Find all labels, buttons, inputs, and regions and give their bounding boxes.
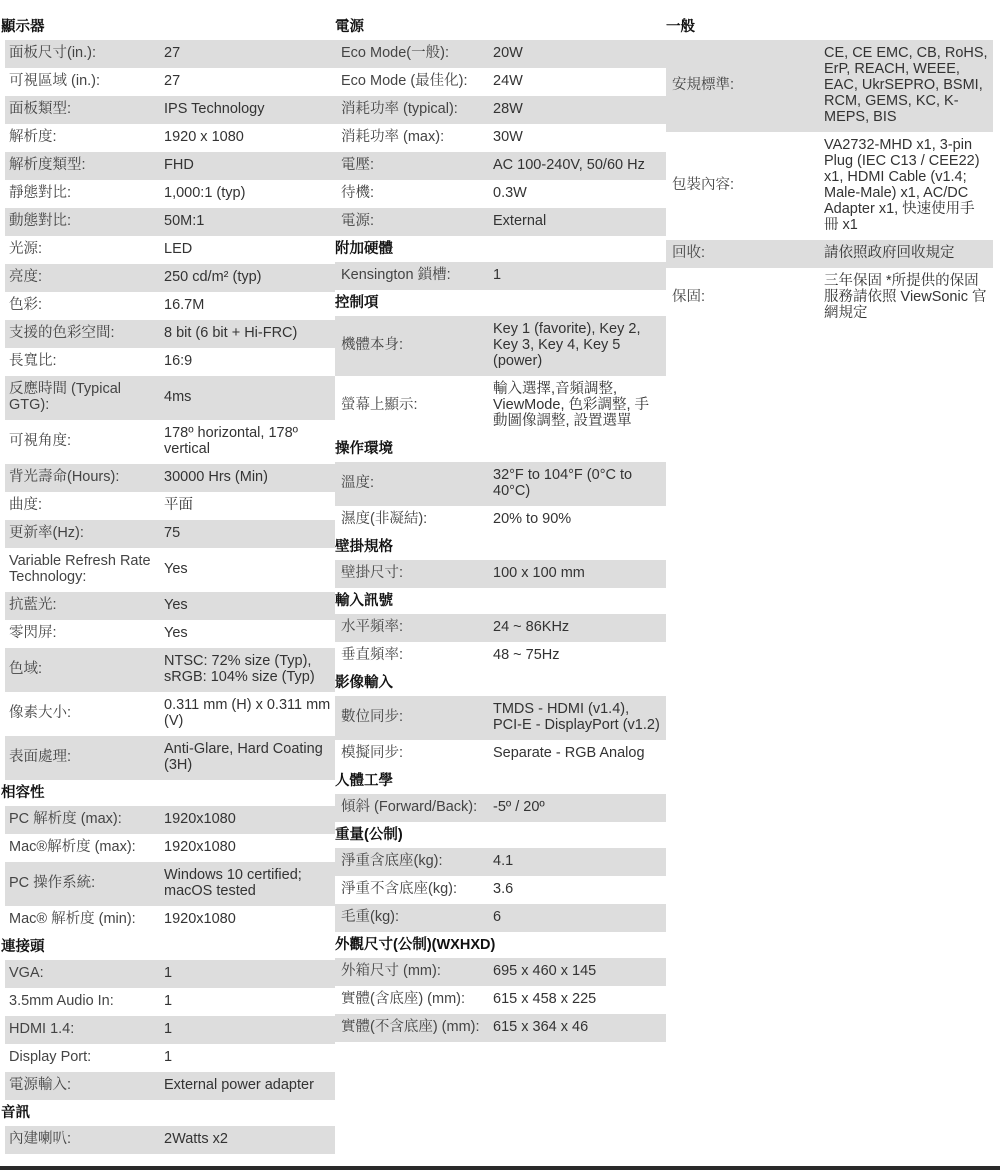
spec-label: 可視區域 (in.): xyxy=(5,68,160,96)
spec-label: Eco Mode (最佳化): xyxy=(335,68,489,96)
spec-label: 消耗功率 (max): xyxy=(335,124,489,152)
spec-label: 面板尺寸(in.): xyxy=(5,40,160,68)
spec-value: 8 bit (6 bit + Hi-FRC) xyxy=(160,320,335,348)
spec-value: 16.7M xyxy=(160,292,335,320)
spec-label: 電壓: xyxy=(335,152,489,180)
section-title-ergonomics: 人體工學 xyxy=(335,768,666,794)
spec-row: 外箱尺寸 (mm):695 x 460 x 145 xyxy=(335,958,666,986)
section-title-input-signal: 輸入訊號 xyxy=(335,588,666,614)
spec-row: 亮度:250 cd/m² (typ) xyxy=(5,264,335,292)
spec-table-ergonomics: 傾斜 (Forward/Back):-5º / 20º xyxy=(335,794,666,822)
spec-label: 抗藍光: xyxy=(5,592,160,620)
spec-label: 包裝內容: xyxy=(666,132,820,240)
spec-label: 曲度: xyxy=(5,492,160,520)
spec-row: VGA:1 xyxy=(5,960,335,988)
spec-row: HDMI 1.4:1 xyxy=(5,1016,335,1044)
spec-row: 淨重含底座(kg):4.1 xyxy=(335,848,666,876)
spec-label: Display Port: xyxy=(5,1044,160,1072)
spec-label: 毛重(kg): xyxy=(335,904,489,932)
spec-value: 615 x 364 x 46 xyxy=(489,1014,666,1042)
spec-value: CE, CE EMC, CB, RoHS, ErP, REACH, WEEE, … xyxy=(820,40,993,132)
spec-label: 安規標準: xyxy=(666,40,820,132)
spec-value: 100 x 100 mm xyxy=(489,560,666,588)
spec-table-controls: 機體本身:Key 1 (favorite), Key 2, Key 3, Key… xyxy=(335,316,666,436)
spec-row: 光源:LED xyxy=(5,236,335,264)
spec-label: 亮度: xyxy=(5,264,160,292)
spec-value: 27 xyxy=(160,68,335,96)
spec-label: 色彩: xyxy=(5,292,160,320)
spec-value: 1920x1080 xyxy=(160,806,335,834)
spec-value: 1 xyxy=(160,1016,335,1044)
section-title-power: 電源 xyxy=(335,14,666,40)
spec-label: 長寬比: xyxy=(5,348,160,376)
spec-table-compatibility: PC 解析度 (max):1920x1080 Mac®解析度 (max):192… xyxy=(5,806,335,934)
spec-row: 實體(含底座) (mm):615 x 458 x 225 xyxy=(335,986,666,1014)
spec-value: -5º / 20º xyxy=(489,794,666,822)
spec-label: 更新率(Hz): xyxy=(5,520,160,548)
spec-value: 4ms xyxy=(160,376,335,420)
spec-label: 機體本身: xyxy=(335,316,489,376)
spec-row: 面板尺寸(in.):27 xyxy=(5,40,335,68)
spec-value: 1 xyxy=(160,1044,335,1072)
section-title-dimensions: 外觀尺寸(公制)(WXHXD) xyxy=(335,932,666,958)
spec-row: 傾斜 (Forward/Back):-5º / 20º xyxy=(335,794,666,822)
spec-value: 27 xyxy=(160,40,335,68)
spec-value: 178º horizontal, 178º vertical xyxy=(160,420,335,464)
spec-label: 表面處理: xyxy=(5,736,160,780)
spec-value: 75 xyxy=(160,520,335,548)
spec-label: 保固: xyxy=(666,268,820,328)
spec-value: 3.6 xyxy=(489,876,666,904)
spec-value: 三年保固 *所提供的保固服務請依照 ViewSonic 官網規定 xyxy=(820,268,993,328)
spec-label: 消耗功率 (typical): xyxy=(335,96,489,124)
spec-table-operating-conditions: 溫度:32°F to 104°F (0°C to 40°C) 濕度(非凝結):2… xyxy=(335,462,666,534)
spec-value: 615 x 458 x 225 xyxy=(489,986,666,1014)
spec-table-display: 面板尺寸(in.):27 可視區域 (in.):27 面板類型:IPS Tech… xyxy=(5,40,335,780)
spec-label: PC 解析度 (max): xyxy=(5,806,160,834)
section-title-compatibility: 相容性 xyxy=(1,780,335,806)
spec-row: PC 解析度 (max):1920x1080 xyxy=(5,806,335,834)
spec-value: 6 xyxy=(489,904,666,932)
spec-label: 實體(含底座) (mm): xyxy=(335,986,489,1014)
spec-row: 模擬同步:Separate - RGB Analog xyxy=(335,740,666,768)
spec-row: 內建喇叭:2Watts x2 xyxy=(5,1126,335,1154)
bottom-divider-bar xyxy=(0,1166,1000,1170)
spec-label: 靜態對比: xyxy=(5,180,160,208)
spec-label: 傾斜 (Forward/Back): xyxy=(335,794,489,822)
spec-row: Mac® 解析度 (min):1920x1080 xyxy=(5,906,335,934)
spec-label: 實體(不含底座) (mm): xyxy=(335,1014,489,1042)
spec-table-video-input: 數位同步:TMDS - HDMI (v1.4), PCI-E - Display… xyxy=(335,696,666,768)
section-title-operating-conditions: 操作環境 xyxy=(335,436,666,462)
spec-value: 0.3W xyxy=(489,180,666,208)
spec-value: External power adapter xyxy=(160,1072,335,1100)
spec-row: Eco Mode(一般):20W xyxy=(335,40,666,68)
spec-label: 解析度類型: xyxy=(5,152,160,180)
spec-column-left: 顯示器 面板尺寸(in.):27 可視區域 (in.):27 面板類型:IPS … xyxy=(5,14,335,1154)
spec-value: 2Watts x2 xyxy=(160,1126,335,1154)
spec-value: 24W xyxy=(489,68,666,96)
spec-table-wall-mount: 壁掛尺寸:100 x 100 mm xyxy=(335,560,666,588)
spec-row: 色域:NTSC: 72% size (Typ), sRGB: 104% size… xyxy=(5,648,335,692)
spec-value: Anti-Glare, Hard Coating (3H) xyxy=(160,736,335,780)
spec-value: 輸入選擇,音頻調整, ViewMode, 色彩調整, 手動圖像調整, 設置選單 xyxy=(489,376,666,436)
spec-row: 毛重(kg):6 xyxy=(335,904,666,932)
spec-row: 回收:請依照政府回收規定 xyxy=(666,240,993,268)
spec-value: 1 xyxy=(160,960,335,988)
spec-label: 淨重不含底座(kg): xyxy=(335,876,489,904)
spec-value: 16:9 xyxy=(160,348,335,376)
spec-label: 回收: xyxy=(666,240,820,268)
spec-label: 反應時間 (Typical GTG): xyxy=(5,376,160,420)
spec-value: AC 100-240V, 50/60 Hz xyxy=(489,152,666,180)
spec-label: VGA: xyxy=(5,960,160,988)
spec-table-additional-hardware: Kensington 鎖槽:1 xyxy=(335,262,666,290)
spec-value: 30W xyxy=(489,124,666,152)
section-title-controls: 控制項 xyxy=(335,290,666,316)
spec-row: 抗藍光:Yes xyxy=(5,592,335,620)
spec-table-weight: 淨重含底座(kg):4.1 淨重不含底座(kg):3.6 毛重(kg):6 xyxy=(335,848,666,932)
spec-label: 零閃屏: xyxy=(5,620,160,648)
spec-row: 保固:三年保固 *所提供的保固服務請依照 ViewSonic 官網規定 xyxy=(666,268,993,328)
spec-label: 淨重含底座(kg): xyxy=(335,848,489,876)
spec-row: 靜態對比:1,000:1 (typ) xyxy=(5,180,335,208)
spec-row: 消耗功率 (typical):28W xyxy=(335,96,666,124)
spec-label: 面板類型: xyxy=(5,96,160,124)
section-title-display: 顯示器 xyxy=(1,14,335,40)
spec-row: 溫度:32°F to 104°F (0°C to 40°C) xyxy=(335,462,666,506)
spec-value: 48 ~ 75Hz xyxy=(489,642,666,670)
spec-value: 695 x 460 x 145 xyxy=(489,958,666,986)
spec-label: 背光壽命(Hours): xyxy=(5,464,160,492)
spec-table-dimensions: 外箱尺寸 (mm):695 x 460 x 145 實體(含底座) (mm):6… xyxy=(335,958,666,1042)
spec-row: 可視區域 (in.):27 xyxy=(5,68,335,96)
spec-row: 實體(不含底座) (mm):615 x 364 x 46 xyxy=(335,1014,666,1042)
spec-table-general: 安規標準:CE, CE EMC, CB, RoHS, ErP, REACH, W… xyxy=(666,40,993,328)
spec-label: 內建喇叭: xyxy=(5,1126,160,1154)
spec-label: 色域: xyxy=(5,648,160,692)
spec-label: 電源: xyxy=(335,208,489,236)
spec-label: 溫度: xyxy=(335,462,489,506)
spec-row: 淨重不含底座(kg):3.6 xyxy=(335,876,666,904)
spec-label: Eco Mode(一般): xyxy=(335,40,489,68)
spec-value: Yes xyxy=(160,548,335,592)
spec-row: 零閃屏:Yes xyxy=(5,620,335,648)
spec-label: HDMI 1.4: xyxy=(5,1016,160,1044)
spec-value: External xyxy=(489,208,666,236)
spec-row: 包裝內容:VA2732-MHD x1, 3-pin Plug (IEC C13 … xyxy=(666,132,993,240)
spec-label: 解析度: xyxy=(5,124,160,152)
spec-row: 數位同步:TMDS - HDMI (v1.4), PCI-E - Display… xyxy=(335,696,666,740)
spec-label: Kensington 鎖槽: xyxy=(335,262,489,290)
spec-label: 壁掛尺寸: xyxy=(335,560,489,588)
spec-row: 表面處理:Anti-Glare, Hard Coating (3H) xyxy=(5,736,335,780)
spec-value: Yes xyxy=(160,592,335,620)
spec-label: 外箱尺寸 (mm): xyxy=(335,958,489,986)
spec-label: 濕度(非凝結): xyxy=(335,506,489,534)
spec-label: 動態對比: xyxy=(5,208,160,236)
spec-value: TMDS - HDMI (v1.4), PCI-E - DisplayPort … xyxy=(489,696,666,740)
spec-row: Kensington 鎖槽:1 xyxy=(335,262,666,290)
spec-value: 28W xyxy=(489,96,666,124)
spec-label: 模擬同步: xyxy=(335,740,489,768)
section-title-additional-hardware: 附加硬體 xyxy=(335,236,666,262)
spec-label: 支援的色彩空間: xyxy=(5,320,160,348)
spec-label: 垂直頻率: xyxy=(335,642,489,670)
spec-table-audio: 內建喇叭:2Watts x2 xyxy=(5,1126,335,1154)
spec-value: 24 ~ 86KHz xyxy=(489,614,666,642)
spec-row: 3.5mm Audio In:1 xyxy=(5,988,335,1016)
spec-row: 支援的色彩空間:8 bit (6 bit + Hi-FRC) xyxy=(5,320,335,348)
spec-value: NTSC: 72% size (Typ), sRGB: 104% size (T… xyxy=(160,648,335,692)
spec-value: 30000 Hrs (Min) xyxy=(160,464,335,492)
section-title-wall-mount: 壁掛規格 xyxy=(335,534,666,560)
spec-row: 垂直頻率:48 ~ 75Hz xyxy=(335,642,666,670)
spec-label: Mac®解析度 (max): xyxy=(5,834,160,862)
spec-value: 平面 xyxy=(160,492,335,520)
spec-row: 背光壽命(Hours):30000 Hrs (Min) xyxy=(5,464,335,492)
spec-row: 螢幕上顯示:輸入選擇,音頻調整, ViewMode, 色彩調整, 手動圖像調整,… xyxy=(335,376,666,436)
spec-table-power: Eco Mode(一般):20W Eco Mode (最佳化):24W 消耗功率… xyxy=(335,40,666,236)
spec-row: Mac®解析度 (max):1920x1080 xyxy=(5,834,335,862)
spec-value: 請依照政府回收規定 xyxy=(820,240,993,268)
spec-row: 電源:External xyxy=(335,208,666,236)
spec-label: 3.5mm Audio In: xyxy=(5,988,160,1016)
spec-row: 待機:0.3W xyxy=(335,180,666,208)
spec-value: Key 1 (favorite), Key 2, Key 3, Key 4, K… xyxy=(489,316,666,376)
spec-value: 1,000:1 (typ) xyxy=(160,180,335,208)
spec-column-right: 一般 安規標準:CE, CE EMC, CB, RoHS, ErP, REACH… xyxy=(666,14,993,328)
spec-row: 機體本身:Key 1 (favorite), Key 2, Key 3, Key… xyxy=(335,316,666,376)
section-title-video-input: 影像輸入 xyxy=(335,670,666,696)
spec-row: 濕度(非凝結):20% to 90% xyxy=(335,506,666,534)
spec-row: 消耗功率 (max):30W xyxy=(335,124,666,152)
spec-row: Eco Mode (最佳化):24W xyxy=(335,68,666,96)
spec-row: 電壓:AC 100-240V, 50/60 Hz xyxy=(335,152,666,180)
spec-row: 面板類型:IPS Technology xyxy=(5,96,335,124)
spec-label: 待機: xyxy=(335,180,489,208)
spec-label: 電源輸入: xyxy=(5,1072,160,1100)
spec-value: 1920x1080 xyxy=(160,906,335,934)
spec-value: VA2732-MHD x1, 3-pin Plug (IEC C13 / CEE… xyxy=(820,132,993,240)
spec-label: Variable Refresh Rate Technology: xyxy=(5,548,160,592)
spec-row: 長寬比:16:9 xyxy=(5,348,335,376)
spec-value: IPS Technology xyxy=(160,96,335,124)
spec-value: 50M:1 xyxy=(160,208,335,236)
spec-row: 像素大小:0.311 mm (H) x 0.311 mm (V) xyxy=(5,692,335,736)
spec-row: 電源輸入:External power adapter xyxy=(5,1072,335,1100)
spec-row: 水平頻率:24 ~ 86KHz xyxy=(335,614,666,642)
spec-value: Separate - RGB Analog xyxy=(489,740,666,768)
spec-value: FHD xyxy=(160,152,335,180)
spec-column-middle: 電源 Eco Mode(一般):20W Eco Mode (最佳化):24W 消… xyxy=(335,14,666,1042)
spec-row: 壁掛尺寸:100 x 100 mm xyxy=(335,560,666,588)
spec-label: 數位同步: xyxy=(335,696,489,740)
spec-value: 1 xyxy=(489,262,666,290)
spec-value: 1920 x 1080 xyxy=(160,124,335,152)
spec-label: 水平頻率: xyxy=(335,614,489,642)
spec-row: Display Port:1 xyxy=(5,1044,335,1072)
section-title-connectors: 連接頭 xyxy=(1,934,335,960)
spec-label: PC 操作系統: xyxy=(5,862,160,906)
spec-value: 20W xyxy=(489,40,666,68)
spec-value: 32°F to 104°F (0°C to 40°C) xyxy=(489,462,666,506)
spec-row: 反應時間 (Typical GTG):4ms xyxy=(5,376,335,420)
spec-value: Windows 10 certified; macOS tested xyxy=(160,862,335,906)
spec-value: 4.1 xyxy=(489,848,666,876)
spec-table-input-signal: 水平頻率:24 ~ 86KHz 垂直頻率:48 ~ 75Hz xyxy=(335,614,666,670)
spec-value: 0.311 mm (H) x 0.311 mm (V) xyxy=(160,692,335,736)
section-title-audio: 音訊 xyxy=(1,1100,335,1126)
spec-label: 光源: xyxy=(5,236,160,264)
spec-row: 色彩:16.7M xyxy=(5,292,335,320)
spec-row: 安規標準:CE, CE EMC, CB, RoHS, ErP, REACH, W… xyxy=(666,40,993,132)
section-title-weight: 重量(公制) xyxy=(335,822,666,848)
spec-value: Yes xyxy=(160,620,335,648)
spec-value: 1920x1080 xyxy=(160,834,335,862)
spec-value: 20% to 90% xyxy=(489,506,666,534)
spec-label: 像素大小: xyxy=(5,692,160,736)
spec-row: Variable Refresh Rate Technology:Yes xyxy=(5,548,335,592)
spec-value: 1 xyxy=(160,988,335,1016)
spec-label: 螢幕上顯示: xyxy=(335,376,489,436)
spec-row: 可視角度:178º horizontal, 178º vertical xyxy=(5,420,335,464)
spec-row: 更新率(Hz):75 xyxy=(5,520,335,548)
spec-label: Mac® 解析度 (min): xyxy=(5,906,160,934)
spec-table-connectors: VGA:1 3.5mm Audio In:1 HDMI 1.4:1 Displa… xyxy=(5,960,335,1100)
spec-value: LED xyxy=(160,236,335,264)
spec-row: PC 操作系統:Windows 10 certified; macOS test… xyxy=(5,862,335,906)
spec-label: 可視角度: xyxy=(5,420,160,464)
spec-row: 解析度:1920 x 1080 xyxy=(5,124,335,152)
spec-row: 動態對比:50M:1 xyxy=(5,208,335,236)
spec-row: 解析度類型:FHD xyxy=(5,152,335,180)
spec-value: 250 cd/m² (typ) xyxy=(160,264,335,292)
spec-row: 曲度:平面 xyxy=(5,492,335,520)
section-title-general: 一般 xyxy=(666,14,993,40)
